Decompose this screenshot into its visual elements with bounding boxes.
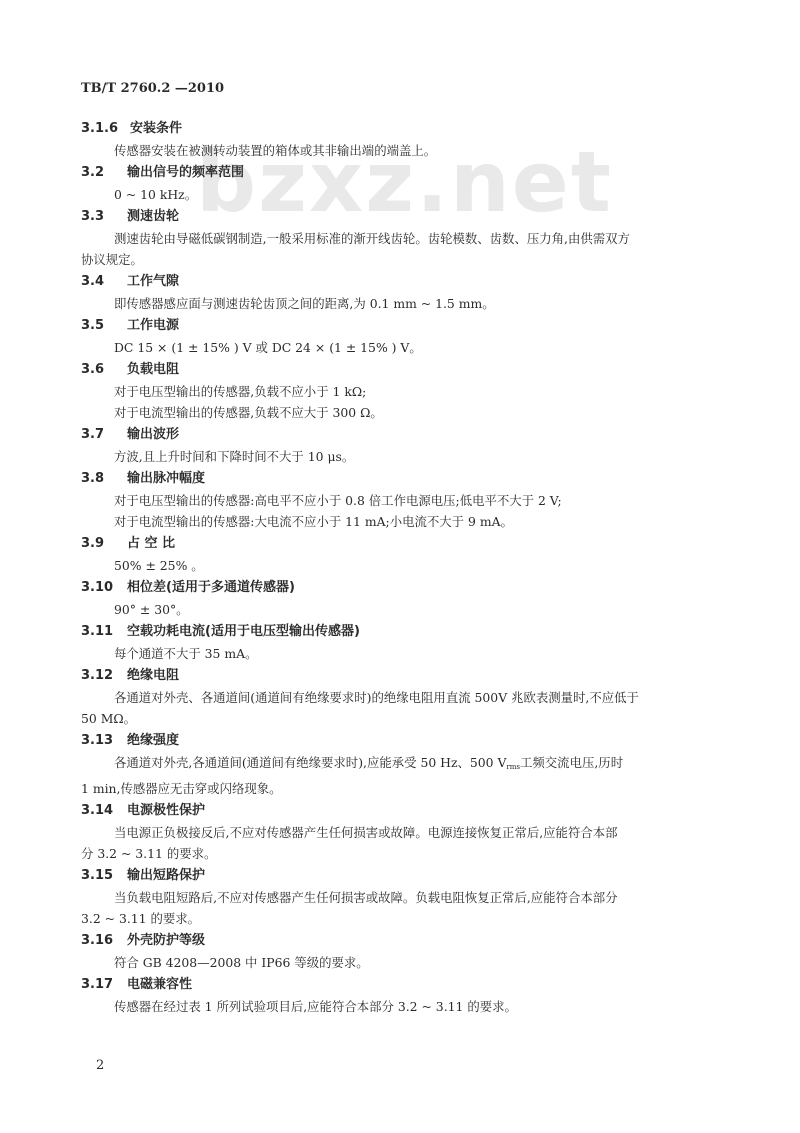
section-text: 即传感器感应面与测速齿轮齿顶之间的距离,为 0.1 mm ~ 1.5 mm。 (81, 293, 721, 314)
section-heading: 3.4工作气隙 (81, 270, 721, 293)
section-text: 对于电流型输出的传感器:大电流不应小于 11 mA;小电流不大于 9 mA。 (81, 511, 721, 532)
section-text: 90° ± 30°。 (81, 599, 721, 620)
section-text: 当电源正负极接反后,不应对传感器产生任何损害或故障。电源连接恢复正常后,应能符合… (81, 822, 721, 843)
section-text: 各通道对外壳,各通道间(通道间有绝缘要求时),应能承受 50 Hz、500 Vr… (81, 752, 721, 778)
section-text: 方波,且上升时间和下降时间不大于 10 μs。 (81, 446, 721, 467)
section-text: 对于电压型输出的传感器:高电平不应小于 0.8 倍工作电源电压;低电平不大于 2… (81, 490, 721, 511)
section-heading: 3.1.6安装条件 (81, 117, 721, 140)
document-body: 3.1.6安装条件 传感器安装在被测转动装置的箱体或其非输出端的端盖上。 3.2… (81, 117, 721, 1017)
section-text: DC 15 × (1 ± 15% ) V 或 DC 24 × (1 ± 15% … (81, 337, 721, 358)
section-heading: 3.12绝缘电阻 (81, 664, 721, 687)
subscript-rms: rms (506, 763, 520, 771)
section-heading: 3.5工作电源 (81, 314, 721, 337)
document-header: TB/T 2760.2 —2010 (81, 81, 224, 96)
section-text: 测速齿轮由导磁低碳钢制造,一般采用标准的渐开线齿轮。齿轮模数、齿数、压力角,由供… (81, 228, 721, 249)
section-heading: 3.15输出短路保护 (81, 864, 721, 887)
section-text: 0 ~ 10 kHz。 (81, 184, 721, 205)
section-heading: 3.17电磁兼容性 (81, 973, 721, 996)
section-text: 50% ± 25% 。 (81, 555, 721, 576)
section-heading: 3.7输出波形 (81, 423, 721, 446)
section-text: 传感器安装在被测转动装置的箱体或其非输出端的端盖上。 (81, 140, 721, 161)
section-text: 各通道对外壳、各通道间(通道间有绝缘要求时)的绝缘电阻用直流 500V 兆欧表测… (81, 687, 721, 708)
section-heading: 3.13绝缘强度 (81, 729, 721, 752)
section-heading: 3.16外壳防护等级 (81, 929, 721, 952)
section-text: 3.2 ~ 3.11 的要求。 (81, 908, 721, 929)
section-text: 传感器在经过表 1 所列试验项目后,应能符合本部分 3.2 ~ 3.11 的要求… (81, 996, 721, 1017)
section-text: 每个通道不大于 35 mA。 (81, 643, 721, 664)
section-heading: 3.3测速齿轮 (81, 205, 721, 228)
section-heading: 3.9占 空 比 (81, 532, 721, 555)
section-heading: 3.11空载功耗电流(适用于电压型输出传感器) (81, 620, 721, 643)
section-heading: 3.2输出信号的频率范围 (81, 161, 721, 184)
section-text: 符合 GB 4208—2008 中 IP66 等级的要求。 (81, 952, 721, 973)
page-number: 2 (96, 1058, 104, 1073)
section-text: 当负载电阻短路后,不应对传感器产生任何损害或故障。负载电阻恢复正常后,应能符合本… (81, 887, 721, 908)
section-text: 50 MΩ。 (81, 708, 721, 729)
section-heading: 3.8输出脉冲幅度 (81, 467, 721, 490)
section-text: 1 min,传感器应无击穿或闪络现象。 (81, 778, 721, 799)
section-heading: 3.14电源极性保护 (81, 799, 721, 822)
section-text: 分 3.2 ~ 3.11 的要求。 (81, 843, 721, 864)
section-text: 对于电流型输出的传感器,负载不应大于 300 Ω。 (81, 402, 721, 423)
section-text: 对于电压型输出的传感器,负载不应小于 1 kΩ; (81, 381, 721, 402)
section-heading: 3.6负载电阻 (81, 358, 721, 381)
section-heading: 3.10相位差(适用于多通道传感器) (81, 576, 721, 599)
section-text: 协议规定。 (81, 249, 721, 270)
